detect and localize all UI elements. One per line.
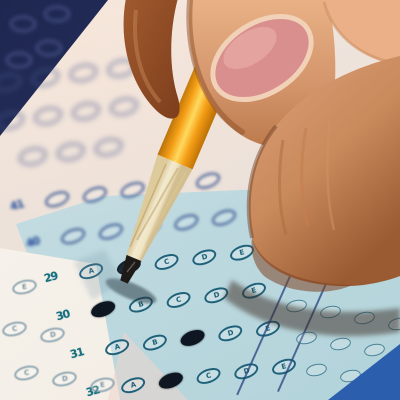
hand-and-pencil — [0, 0, 400, 400]
pencil-wood-cone — [127, 155, 193, 262]
scantron-photo-scene: 41 40 29 A B C D E 30 A B — [0, 0, 400, 400]
curled-finger — [124, 0, 180, 119]
